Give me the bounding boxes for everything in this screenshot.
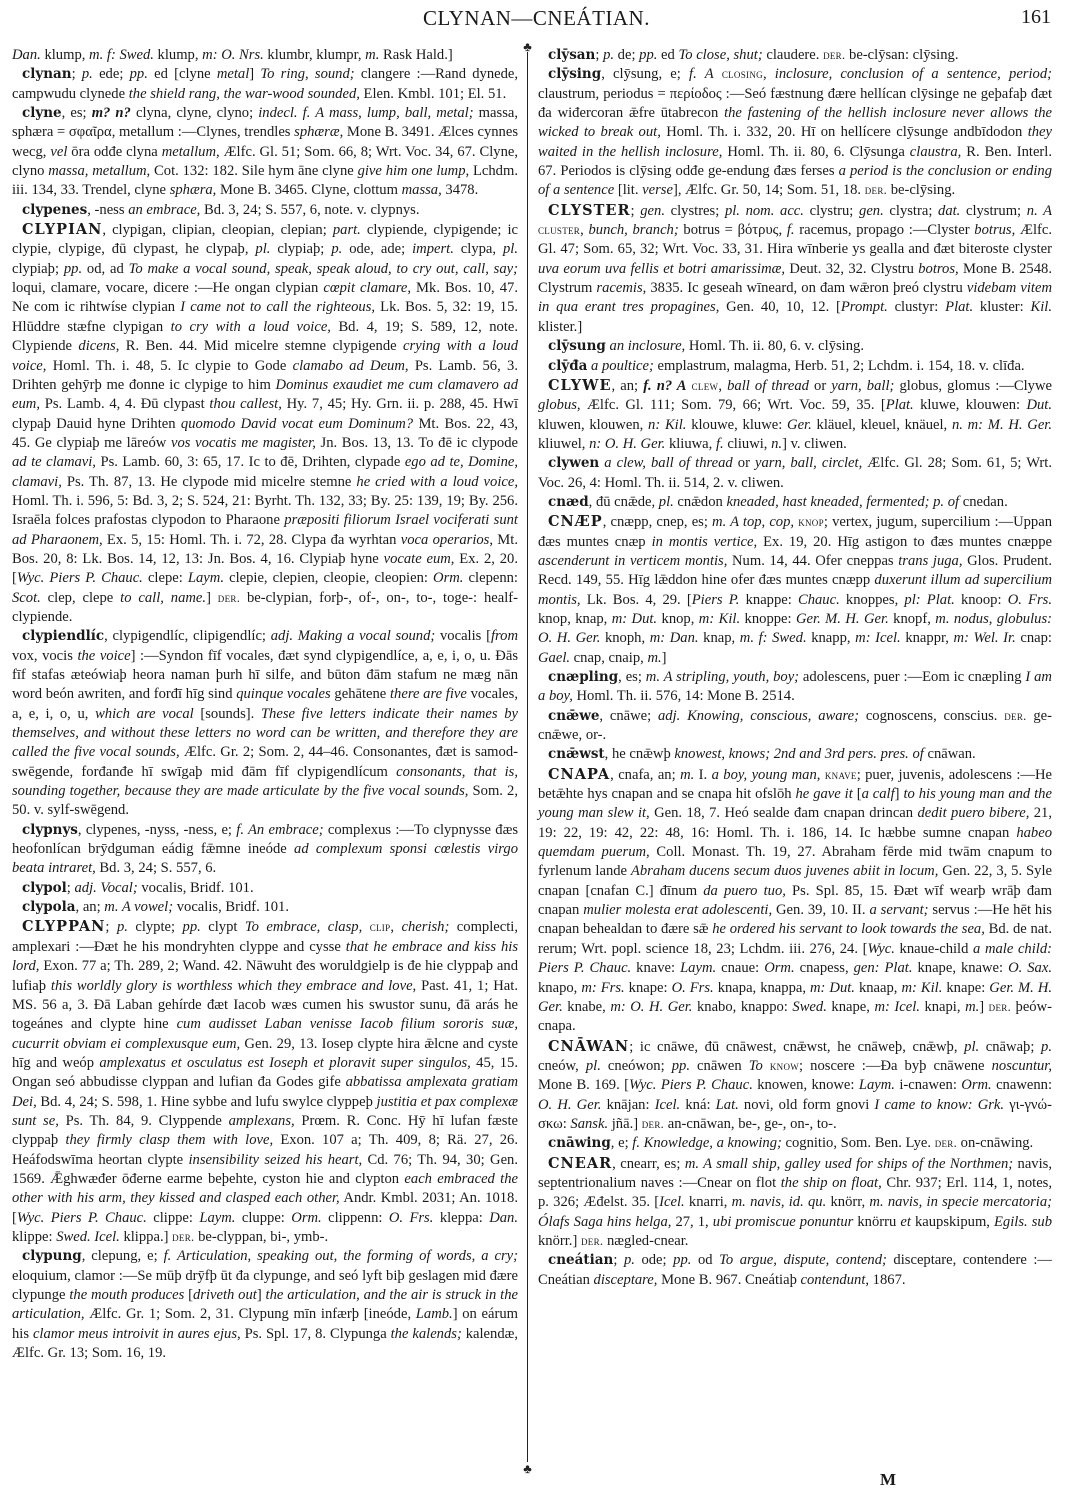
entry-text: globus,	[538, 397, 581, 413]
entry-text: da puero tuo,	[703, 883, 786, 899]
entry-text: f. A	[689, 66, 714, 82]
dictionary-entry-cnaewe: cnǣwe, cnāwe; adj. Knowing, conscious, a…	[538, 707, 1052, 746]
entry-text: cluppe:	[235, 1210, 291, 1226]
entry-text: indecl. f. A mass, lump, ball, metal;	[258, 105, 473, 121]
entry-text: , clypenes, -nyss, -ness, e;	[78, 822, 236, 838]
entry-text: vel	[50, 144, 67, 160]
entry-text: 27, 1,	[671, 1214, 712, 1230]
entry-text: knop,	[657, 611, 699, 627]
entry-text: gen: Plat.	[854, 960, 913, 976]
entry-text: ,	[718, 378, 727, 394]
entry-text: Egils. sub	[994, 1214, 1052, 1230]
entry-text: know	[770, 1059, 799, 1073]
entry-text: f.	[787, 222, 795, 238]
entry-text: klump,	[41, 47, 89, 63]
entry-text: p.	[82, 66, 93, 82]
entry-text: to call, name.	[120, 590, 206, 606]
entry-text: , -ness	[87, 202, 128, 218]
entry-text: an inclosure,	[610, 338, 686, 354]
entry-text: ] v. cliwen.	[782, 436, 847, 452]
entry-text: Lat.	[716, 1097, 739, 1113]
entry-text: To make a vocal sound, speak, speak alou…	[129, 261, 518, 277]
dictionary-entry-cnaep: CNÆP, cnæpp, cnep, es; m. A top, cop, kn…	[538, 512, 1052, 668]
dictionary-entry-cnawan: CNĀWAN; ic cnāwe, đū cnāwest, cnǣwst, he…	[538, 1037, 1052, 1135]
entry-text: p.	[117, 919, 128, 935]
dictionary-entry-clyppan: CLYPPAN; p. clypte; pp. clypt To embrace…	[12, 917, 518, 1247]
entry-text: racemus, propago :—Clyster	[795, 222, 975, 238]
entry-text: knoppe:	[740, 611, 796, 627]
entry-text: [	[853, 786, 862, 802]
entry-text: Mone B. 169. [	[538, 1077, 629, 1093]
entry-text: pl.	[586, 1058, 601, 1074]
entry-text: ,	[390, 919, 401, 935]
entry-text: pp.	[130, 66, 148, 82]
entry-text: der.	[642, 1117, 664, 1131]
entry-text: uva eorum uva fellis et botri amarissimæ…	[538, 261, 785, 277]
dictionary-entry-clynan: clynan; p. ede; pp. ed [clyne metal] To …	[12, 65, 518, 104]
entry-text: od	[691, 1252, 719, 1268]
headword: clȳsan	[548, 47, 595, 63]
entry-text: trans juga,	[898, 553, 962, 569]
entry-text: to cry with a loud voice,	[171, 319, 331, 335]
headword: clȳsing	[548, 66, 601, 82]
headword: cnæd	[548, 494, 589, 510]
entry-text: klouwe, kluwe:	[686, 417, 787, 433]
entry-text: Orm.	[764, 960, 794, 976]
entry-text: clustyr:	[888, 299, 945, 315]
entry-text: cognitio, Som. Ben. Lye.	[782, 1135, 935, 1151]
entry-text: the mouth produces	[69, 1287, 184, 1303]
entry-text: der.	[989, 1000, 1011, 1014]
entry-text: novi, old form gnovi	[739, 1097, 875, 1113]
entry-text: kluwen, klouwen,	[538, 417, 648, 433]
entry-text: m: Frs.	[581, 980, 624, 996]
entry-text: claudere.	[763, 47, 823, 63]
entry-text: ;	[105, 919, 117, 935]
entry-text: clip	[370, 920, 391, 934]
entry-text: m. A top, cop,	[712, 514, 794, 530]
dictionary-entry-clysing: clȳsing, clȳsung, e; f. A closing, inclo…	[538, 65, 1052, 200]
entry-text: kliuwa,	[665, 436, 716, 452]
entry-text: O. H. Ger.	[538, 1097, 601, 1113]
entry-text: p.	[1041, 1039, 1052, 1055]
entry-text: pp.	[639, 47, 657, 63]
entry-text: metal	[217, 66, 249, 82]
entry-text: der.	[935, 1136, 957, 1150]
left-column: Dan. klump, m. f: Swed. klump, m: O. Nrs…	[12, 46, 518, 1363]
column-rule-ornament-bottom-icon: ♣	[521, 1462, 534, 1475]
entry-text: Laym.	[199, 1210, 235, 1226]
entry-text: insensibility seized his heart,	[188, 1152, 362, 1168]
entry-text: Lk. Bos. 4, 29. [	[581, 592, 692, 608]
entry-text: clyna, clyne, clyno;	[131, 105, 258, 121]
entry-text: he gave it	[796, 786, 853, 802]
entry-text: der.	[172, 1230, 194, 1244]
dictionary-entry-clypola: clypola, an; m. A vowel; vocalis, Bridf.…	[12, 898, 518, 917]
entry-text: clew	[692, 379, 719, 393]
entry-text: an embrace,	[128, 202, 200, 218]
entry-text: clypte;	[128, 919, 183, 935]
entry-text: knowest, knows; 2nd and 3rd pers. pres. …	[674, 746, 923, 762]
entry-text: globus, glomus :—Clywe	[894, 378, 1052, 394]
entry-text: knapo,	[538, 980, 581, 996]
entry-text: clamor meus introivit in aures ejus,	[33, 1326, 241, 1342]
entry-text: gen.	[859, 203, 884, 219]
entry-text: metallum,	[162, 144, 220, 160]
headword: clypung	[22, 1248, 82, 1264]
headword: cneátian	[548, 1252, 613, 1268]
entry-text: Wyc. Piers P. Chauc.	[17, 1210, 147, 1226]
entry-text: m. f: Swed.	[89, 47, 154, 63]
entry-text: kluwe, klouwen:	[914, 397, 1027, 413]
entry-text: ed [clyne	[148, 66, 217, 82]
entry-text: clep, clepe	[41, 590, 120, 606]
entry-text: pl.	[503, 241, 518, 257]
headword: CLYWE	[548, 377, 612, 394]
entry-text: amplexatus et osculatus est Ioseph et pl…	[99, 1055, 470, 1071]
entry-text: Dut.	[1026, 397, 1052, 413]
entry-text: , e;	[611, 1135, 632, 1151]
headword: cnæpling	[548, 669, 618, 685]
entry-text: Ps. Th. 84, 9. Clyppende	[59, 1113, 229, 1129]
entry-text: be-clȳsing.	[887, 182, 955, 198]
column-divider	[527, 52, 528, 1462]
entry-text: Ps. Lamb. 60, 3: 65, 17. Ic to đē, Driht…	[96, 454, 405, 470]
entry-text: knave:	[631, 960, 680, 976]
entry-text: he ordered his servant to look towards t…	[712, 921, 985, 937]
dictionary-entry-clyda: clȳđa a poultice; emplastrum, malagma, H…	[538, 357, 1052, 376]
entry-text: m: Icel.	[855, 630, 901, 646]
entry-text: O. Frs.	[1008, 592, 1052, 608]
entry-text: knarri,	[685, 1194, 732, 1210]
entry-text: knoop:	[955, 592, 1008, 608]
entry-text: m: Dan.	[650, 630, 699, 646]
headword: cnāwing	[548, 1135, 611, 1151]
dictionary-entry-clysan: clȳsan; p. de; pp. ed To close, shut; cl…	[538, 46, 1052, 65]
headword: CLYPIAN	[22, 221, 102, 238]
entry-text: m.	[680, 767, 694, 783]
entry-text: , clypigendlíc, clipigendlíc;	[104, 628, 271, 644]
entry-text: gen.	[640, 203, 665, 219]
entry-text: clypiaþ;	[270, 241, 331, 257]
entry-text: Ælfc. Gr. 1; Som. 2, 31. Clypung mīn inf…	[85, 1306, 416, 1322]
entry-text: Ps. Lamb. 4, 4. Đū clypast	[40, 396, 209, 412]
entry-text: knape, knawe:	[913, 960, 1009, 976]
entry-text: To argue, dispute, contend;	[719, 1252, 887, 1268]
entry-text: vocate eum,	[384, 551, 455, 567]
entry-text: , an;	[612, 378, 644, 394]
entry-text: cnap:	[1016, 630, 1052, 646]
entry-text: Icel.	[659, 1194, 685, 1210]
entry-text: pp.	[673, 1252, 691, 1268]
entry-text: knap,	[699, 630, 740, 646]
dictionary-entry-clypnys: clypnys, clypenes, -nyss, -ness, e; f. A…	[12, 821, 518, 879]
entry-text: the kalends;	[391, 1326, 462, 1342]
dictionary-entry-cnawing: cnāwing, e; f. Knowledge, a knowing; cog…	[538, 1134, 1052, 1153]
entry-text: inclosure, conclusion of a sentence, per…	[775, 66, 1052, 82]
entry-text: knape,	[827, 999, 875, 1015]
dictionary-entry-cnapa: CNAPA, cnafa, an; m. I. a boy, young man…	[538, 765, 1052, 1037]
running-head: CLYNAN—CNEÁTIAN.	[0, 6, 1073, 31]
entry-text: sphæræ,	[294, 124, 343, 140]
entry-text: m. f: Swed.	[740, 630, 807, 646]
entry-text: m? n?	[92, 105, 131, 121]
entry-text: m.	[647, 650, 661, 666]
entry-text: ōra odđe clyna	[67, 144, 161, 160]
entry-text: noscuntur,	[992, 1058, 1052, 1074]
entry-text: quomodo David vocat eum Dominum?	[181, 416, 413, 432]
entry-text: To close, shut;	[678, 47, 762, 63]
dictionary-entry-cnaewst: cnǣwst, he cnǣwþ knowest, knows; 2nd and…	[538, 745, 1052, 764]
headword: CLYPPAN	[22, 918, 105, 935]
entry-text: the ship on float,	[781, 1175, 882, 1191]
entry-text: knapa, knappa,	[714, 980, 810, 996]
entry-text: knoppes,	[840, 592, 905, 608]
entry-text: de;	[614, 47, 639, 63]
entry-text: To ring, sound;	[260, 66, 354, 82]
entry-text: cœpit clamare,	[323, 280, 411, 296]
headword: CNÆP	[548, 513, 603, 530]
entry-text: knop	[798, 515, 824, 529]
entry-text: , clȳsung, e;	[601, 66, 689, 82]
entry-text: od, ad	[82, 261, 129, 277]
entry-text	[362, 919, 369, 935]
entry-text: clippenn:	[322, 1210, 389, 1226]
entry-text: they firmly clasp them with love,	[65, 1132, 273, 1148]
dictionary-entry-clypiendlic: clypiendlíc, clypigendlíc, clipigendlíc;…	[12, 627, 518, 820]
entry-text: klump,	[154, 47, 202, 63]
entry-text: m: O. H. Ger.	[610, 999, 692, 1015]
dictionary-entry-cnear: CNEAR, cnearr, es; m. A small ship, gall…	[538, 1154, 1052, 1252]
entry-text: m: Dut.	[612, 611, 657, 627]
entry-text: ]	[662, 650, 667, 666]
entry-text: , cnæpp, cnep, es;	[603, 514, 712, 530]
entry-text: cluster	[538, 223, 580, 237]
entry-text: on-cnāwing.	[957, 1135, 1033, 1151]
entry-text: Wyc.	[867, 941, 894, 957]
entry-text: ], Ælfc. Gr. 50, 14; Som. 51, 18.	[673, 182, 865, 198]
entry-text: To embrace, clasp,	[245, 919, 362, 935]
entry-text: cnawenn:	[992, 1077, 1052, 1093]
entry-text: thou callest,	[209, 396, 281, 412]
entry-text	[714, 66, 722, 82]
entry-text: m: Dut.	[810, 980, 855, 996]
entry-text: knave	[825, 768, 857, 782]
entry-text: , cnāwe;	[599, 708, 658, 724]
entry-text: pl: Plat.	[904, 592, 954, 608]
entry-text: botrus = βότρυς,	[679, 222, 787, 238]
entry-text: disceptare,	[594, 1272, 658, 1288]
entry-text: verse	[642, 182, 673, 198]
entry-text: be-clȳsan: clȳsing.	[845, 47, 958, 63]
entry-text: clystra;	[884, 203, 938, 219]
entry-text: ; ic cnāwe, đū cnāwest, cnǣwst, he cnāwe…	[629, 1039, 964, 1055]
entry-text: Dan.	[489, 1210, 518, 1226]
entry-text: knapi,	[920, 999, 965, 1015]
headword: CNAPA	[548, 766, 610, 783]
entry-text: der.	[823, 48, 845, 62]
entry-text: vocalis, Bridf. 101.	[173, 899, 289, 915]
entry-text: nægled-cnear.	[603, 1233, 688, 1249]
dictionary-entry-cneatian: cneátian; p. ode; pp. od To argue, dispu…	[538, 1251, 1052, 1290]
headword: clywen	[548, 455, 599, 471]
entry-text: ;	[631, 203, 641, 219]
entry-text: Ps. Spl. 17, 8. Clypunga	[241, 1326, 391, 1342]
headword: cnǣwst	[548, 746, 605, 762]
entry-text: p.	[624, 1252, 635, 1268]
entry-text: O. Frs.	[389, 1210, 434, 1226]
entry-text: ode, ade;	[342, 241, 412, 257]
entry-text: klippa.]	[120, 1229, 172, 1245]
entry-text: dicens,	[78, 338, 119, 354]
entry-text: massa,	[402, 182, 442, 198]
entry-text: Gen. 40, 10, 12. [	[719, 299, 841, 315]
entry-text: n.	[771, 436, 782, 452]
entry-text: , an;	[76, 899, 105, 915]
entry-text: ascenderunt in verticem montis,	[538, 553, 727, 569]
entry-text: , clypigan, clipian, cleopian, clepian;	[102, 222, 332, 238]
entry-text: i-cnawen:	[895, 1077, 961, 1093]
entry-text: [sounds].	[194, 706, 261, 722]
entry-text: or	[809, 378, 831, 394]
entry-text: ]	[206, 590, 218, 606]
entry-text: Gen. 39, 10. II.	[772, 902, 869, 918]
entry-text: ede;	[93, 66, 130, 82]
entry-text: adolescens, puer :—Eom ic cnæpling	[799, 669, 1025, 685]
entry-text: vocalis, Bridf. 101.	[138, 880, 254, 896]
entry-text: knoph,	[600, 630, 649, 646]
page-header: CLYNAN—CNEÁTIAN. 161	[0, 0, 1073, 40]
entry-text: from	[491, 628, 518, 644]
entry-text: the shield rang, the war-wood sounded,	[129, 86, 360, 102]
entry-text: botros,	[918, 261, 958, 277]
entry-text: a boy, young man,	[712, 767, 821, 783]
entry-text: Sansk.	[570, 1116, 608, 1132]
entry-text: Ex. 5, 15: Homl. Th. i. 72, 28. Clypa đa…	[103, 532, 401, 548]
entry-text: knaap,	[855, 980, 902, 996]
entry-text: Num. 14, 44. Ofer cneppas	[727, 553, 898, 569]
entry-text: give him one lump,	[358, 163, 470, 179]
entry-text: R. Ben. 44. Mid micelre stemne clypigend…	[119, 338, 403, 354]
headword: clypnys	[22, 822, 78, 838]
entry-text: cnaue:	[716, 960, 764, 976]
entry-text: knörr.]	[538, 1233, 581, 1249]
entry-text: be-clyppan, bi-, ymb-.	[194, 1229, 328, 1245]
entry-text: knabe,	[563, 999, 611, 1015]
entry-text: dedit puero bibere,	[917, 805, 1029, 821]
entry-text: cnāwan.	[924, 746, 976, 762]
entry-text: pp.	[64, 261, 82, 277]
entry-text: in montis vertice,	[652, 534, 758, 550]
headword: clȳsung	[548, 338, 606, 354]
entry-text: [lit.	[614, 182, 642, 198]
entry-text: yarn, ball, circlet,	[755, 455, 862, 471]
entry-text: m. A stripling, youth, boy;	[646, 669, 799, 685]
entry-text: kläuel, kleuel, knäuel,	[812, 417, 952, 433]
entry-text: klister.]	[538, 319, 582, 335]
entry-text: kaupskipum,	[911, 1214, 994, 1230]
entry-text: claustra,	[910, 144, 961, 160]
entry-text: ;	[613, 1252, 624, 1268]
entry-text: or	[733, 455, 755, 471]
entry-text: Wyc. Piers P. Chauc.	[17, 570, 143, 586]
entry-text: clamabo ad Deum,	[293, 358, 409, 374]
entry-text: Dan.	[12, 47, 41, 63]
entry-text: cnap, cnaip,	[570, 650, 647, 666]
entry-text: ]	[257, 1287, 266, 1303]
entry-text: Homl. Th. ii. 576, 14: Mone B. 2514.	[573, 688, 795, 704]
entry-text: n. A	[1027, 203, 1052, 219]
entry-text: ]	[979, 999, 988, 1015]
entry-text: I came to know: Grk.	[874, 1097, 1004, 1113]
entry-text: 1867.	[869, 1272, 905, 1288]
entry-text: kná:	[680, 1097, 715, 1113]
entry-text: Homl. Th. ii. 80, 6. Clȳsunga	[722, 144, 909, 160]
entry-text: closing	[722, 67, 763, 81]
entry-text: knop, knap,	[538, 611, 612, 627]
entry-text: Ælfc. Gl. 111; Som. 79, 66; Wrt. Voc. 59…	[581, 397, 886, 413]
entry-text: Abraham ducens secum duos juvenes abiit …	[631, 863, 938, 879]
entry-text: m: Wel. Ir.	[954, 630, 1016, 646]
entry-text: cliuwi,	[724, 436, 771, 452]
entry-text: knappe:	[739, 592, 798, 608]
entry-text: knape:	[625, 980, 672, 996]
entry-text: clypt	[201, 919, 245, 935]
entry-text: clystrum;	[960, 203, 1026, 219]
entry-text: ball of thread	[727, 378, 809, 394]
entry-text: cnedan.	[959, 494, 1008, 510]
entry-text: contendunt,	[801, 1272, 870, 1288]
entry-text: botrus,	[974, 222, 1015, 238]
headword: CNEAR	[548, 1155, 612, 1172]
entry-text: part.	[333, 222, 361, 238]
entry-text: ad te clamavi,	[12, 454, 96, 470]
entry-text: klippe:	[12, 1229, 56, 1245]
entry-text: Ger.	[787, 417, 812, 433]
entry-text: this worldly glory is worthless which th…	[51, 978, 416, 994]
dictionary-entry-clyne: clyne, es; m? n? clyna, clyne, clyno; in…	[12, 104, 518, 201]
entry-text: knowen, knowe:	[753, 1077, 859, 1093]
entry-text: ; noscere :—Đa byþ cnāwene	[799, 1058, 992, 1074]
entry-text: Ger. M. H. Ger.	[796, 611, 889, 627]
entry-text: adj. Vocal;	[74, 880, 137, 896]
headword: CNĀWAN	[548, 1038, 629, 1055]
entry-text: Chauc.	[798, 592, 840, 608]
entry-text: cnapess,	[795, 960, 854, 976]
entry-text: Icel.	[655, 1097, 681, 1113]
entry-text: To	[749, 1058, 763, 1074]
entry-text: Scot.	[12, 590, 41, 606]
entry-text: Ex. 19, 20. Hīg astigon to đæs muntes cn…	[757, 534, 1052, 550]
entry-text: Bd. 3, 24; S. 557, 6.	[96, 860, 216, 876]
dictionary-entry-clywen: clywen a clew, ball of thread or yarn, b…	[538, 454, 1052, 493]
entry-text: p.	[603, 47, 614, 63]
entry-text: Laym.	[188, 570, 224, 586]
entry-text: ode;	[635, 1252, 673, 1268]
entry-text: pl.	[964, 1039, 979, 1055]
entry-text: , he cnǣwþ	[605, 746, 675, 762]
headword: clypiendlíc	[22, 628, 104, 644]
entry-text: an-cnāwan, be-, ge-, on-, to-.	[664, 1116, 837, 1132]
entry-text: massa, metallum,	[48, 163, 150, 179]
entry-text: a calf	[862, 786, 895, 802]
entry-text: cnǣdon	[674, 494, 727, 510]
entry-text: vocalis [	[435, 628, 491, 644]
entry-text: Rask Hald.]	[379, 47, 452, 63]
headword: clȳđa	[548, 358, 587, 374]
entry-text: ;	[595, 47, 603, 63]
entry-text: Laym.	[680, 960, 716, 976]
